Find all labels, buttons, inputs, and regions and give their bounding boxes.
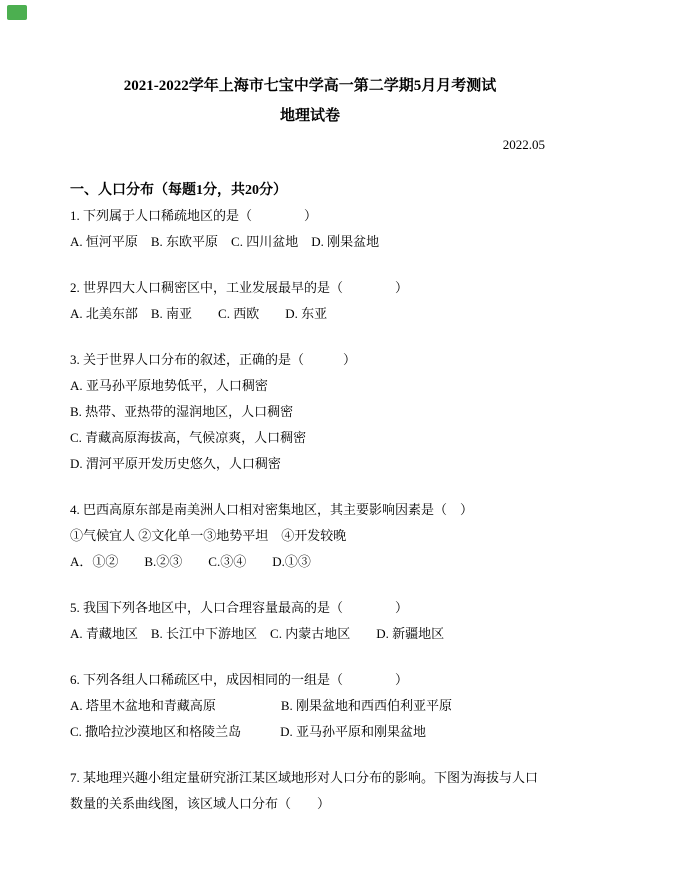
question-option-line: ①气候宜人 ②文化单一③地势平坦 ④开发较晚 — [70, 523, 542, 549]
question-option-line: C. 青藏高原海拔高，气候凉爽，人口稠密 — [70, 425, 542, 451]
question-stem: 6. 下列各组人口稀疏区中，成因相同的一组是（ ） — [70, 667, 542, 693]
question-option-line: A. 塔里木盆地和青藏高原 B. 刚果盆地和西西伯利亚平原 — [70, 693, 542, 719]
question-block: 7. 某地理兴趣小组定量研究浙江某区域地形对人口分布的影响。下图为海拔与人口数量… — [70, 765, 542, 817]
question-option-line: D. 渭河平原开发历史悠久，人口稠密 — [70, 451, 542, 477]
question-option-line: A. 恒河平原 B. 东欧平原 C. 四川盆地 D. 刚果盆地 — [70, 229, 542, 255]
question-stem: 7. 某地理兴趣小组定量研究浙江某区域地形对人口分布的影响。下图为海拔与人口数量… — [70, 765, 542, 817]
question-stem: 2. 世界四大人口稠密区中，工业发展最早的是（ ） — [70, 275, 542, 301]
question-block: 4. 巴西高原东部是南美洲人口相对密集地区，其主要影响因素是（ ）①气候宜人 ②… — [70, 497, 542, 575]
question-option-line: A. 青藏地区 B. 长江中下游地区 C. 内蒙古地区 D. 新疆地区 — [70, 621, 542, 647]
section-heading: 一、人口分布（每题1分，共20分） — [70, 183, 550, 199]
exam-date: 2022.05 — [70, 137, 550, 152]
question-stem: 4. 巴西高原东部是南美洲人口相对密集地区，其主要影响因素是（ ） — [70, 497, 542, 523]
document-content: 2021-2022学年上海市七宝中学高一第二学期5月月考测试 地理试卷 2022… — [70, 0, 550, 817]
question-option-line: A．①② B.②③ C.③④ D.①③ — [70, 549, 542, 575]
app-corner-icon — [7, 5, 27, 20]
question-block: 6. 下列各组人口稀疏区中，成因相同的一组是（ ）A. 塔里木盆地和青藏高原 B… — [70, 667, 542, 745]
question-block: 5. 我国下列各地区中，人口合理容量最高的是（ ）A. 青藏地区 B. 长江中下… — [70, 595, 542, 647]
question-option-line: C. 撒哈拉沙漠地区和格陵兰岛 D. 亚马孙平原和刚果盆地 — [70, 719, 542, 745]
question-stem: 1. 下列属于人口稀疏地区的是（ ） — [70, 203, 542, 229]
questions-list: 1. 下列属于人口稀疏地区的是（ ）A. 恒河平原 B. 东欧平原 C. 四川盆… — [70, 203, 542, 817]
question-option-line: B. 热带、亚热带的湿润地区，人口稠密 — [70, 399, 542, 425]
document-page: 2021-2022学年上海市七宝中学高一第二学期5月月考测试 地理试卷 2022… — [0, 0, 700, 877]
question-block: 3. 关于世界人口分布的叙述，正确的是（ ）A. 亚马孙平原地势低平，人口稠密B… — [70, 347, 542, 477]
question-block: 1. 下列属于人口稀疏地区的是（ ）A. 恒河平原 B. 东欧平原 C. 四川盆… — [70, 203, 542, 255]
question-block: 2. 世界四大人口稠密区中，工业发展最早的是（ ）A. 北美东部 B. 南亚 C… — [70, 275, 542, 327]
question-stem: 3. 关于世界人口分布的叙述，正确的是（ ） — [70, 347, 542, 373]
question-option-line: A. 北美东部 B. 南亚 C. 西欧 D. 东亚 — [70, 301, 542, 327]
exam-subtitle: 地理试卷 — [70, 107, 550, 125]
question-stem: 5. 我国下列各地区中，人口合理容量最高的是（ ） — [70, 595, 542, 621]
exam-title: 2021-2022学年上海市七宝中学高一第二学期5月月考测试 — [70, 76, 550, 96]
question-option-line: A. 亚马孙平原地势低平，人口稠密 — [70, 373, 542, 399]
